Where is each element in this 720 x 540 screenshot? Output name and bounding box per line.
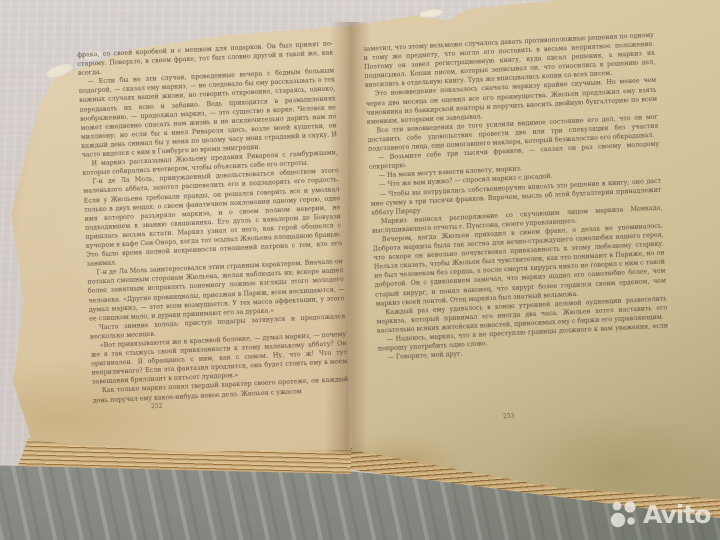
book-photo-scene: фрака, со своей коробкой и с мешком для … <box>0 0 720 540</box>
avito-watermark: Avito <box>608 498 710 530</box>
right-page-number: 253 <box>503 413 515 421</box>
left-page-number: 252 <box>151 403 163 411</box>
avito-circles-icon <box>608 498 640 530</box>
left-page-text: фрака, со своей коробкой и с мешком для … <box>77 39 349 405</box>
avito-wordmark: Avito <box>643 502 710 527</box>
right-page-text: заметил, что этому вельможе случалось да… <box>363 31 669 363</box>
paragraph: Г-н де Ла Моль, принужденный довольствов… <box>83 167 343 269</box>
paragraph: — Если бы не эти случаи, проведенные веч… <box>78 67 337 160</box>
